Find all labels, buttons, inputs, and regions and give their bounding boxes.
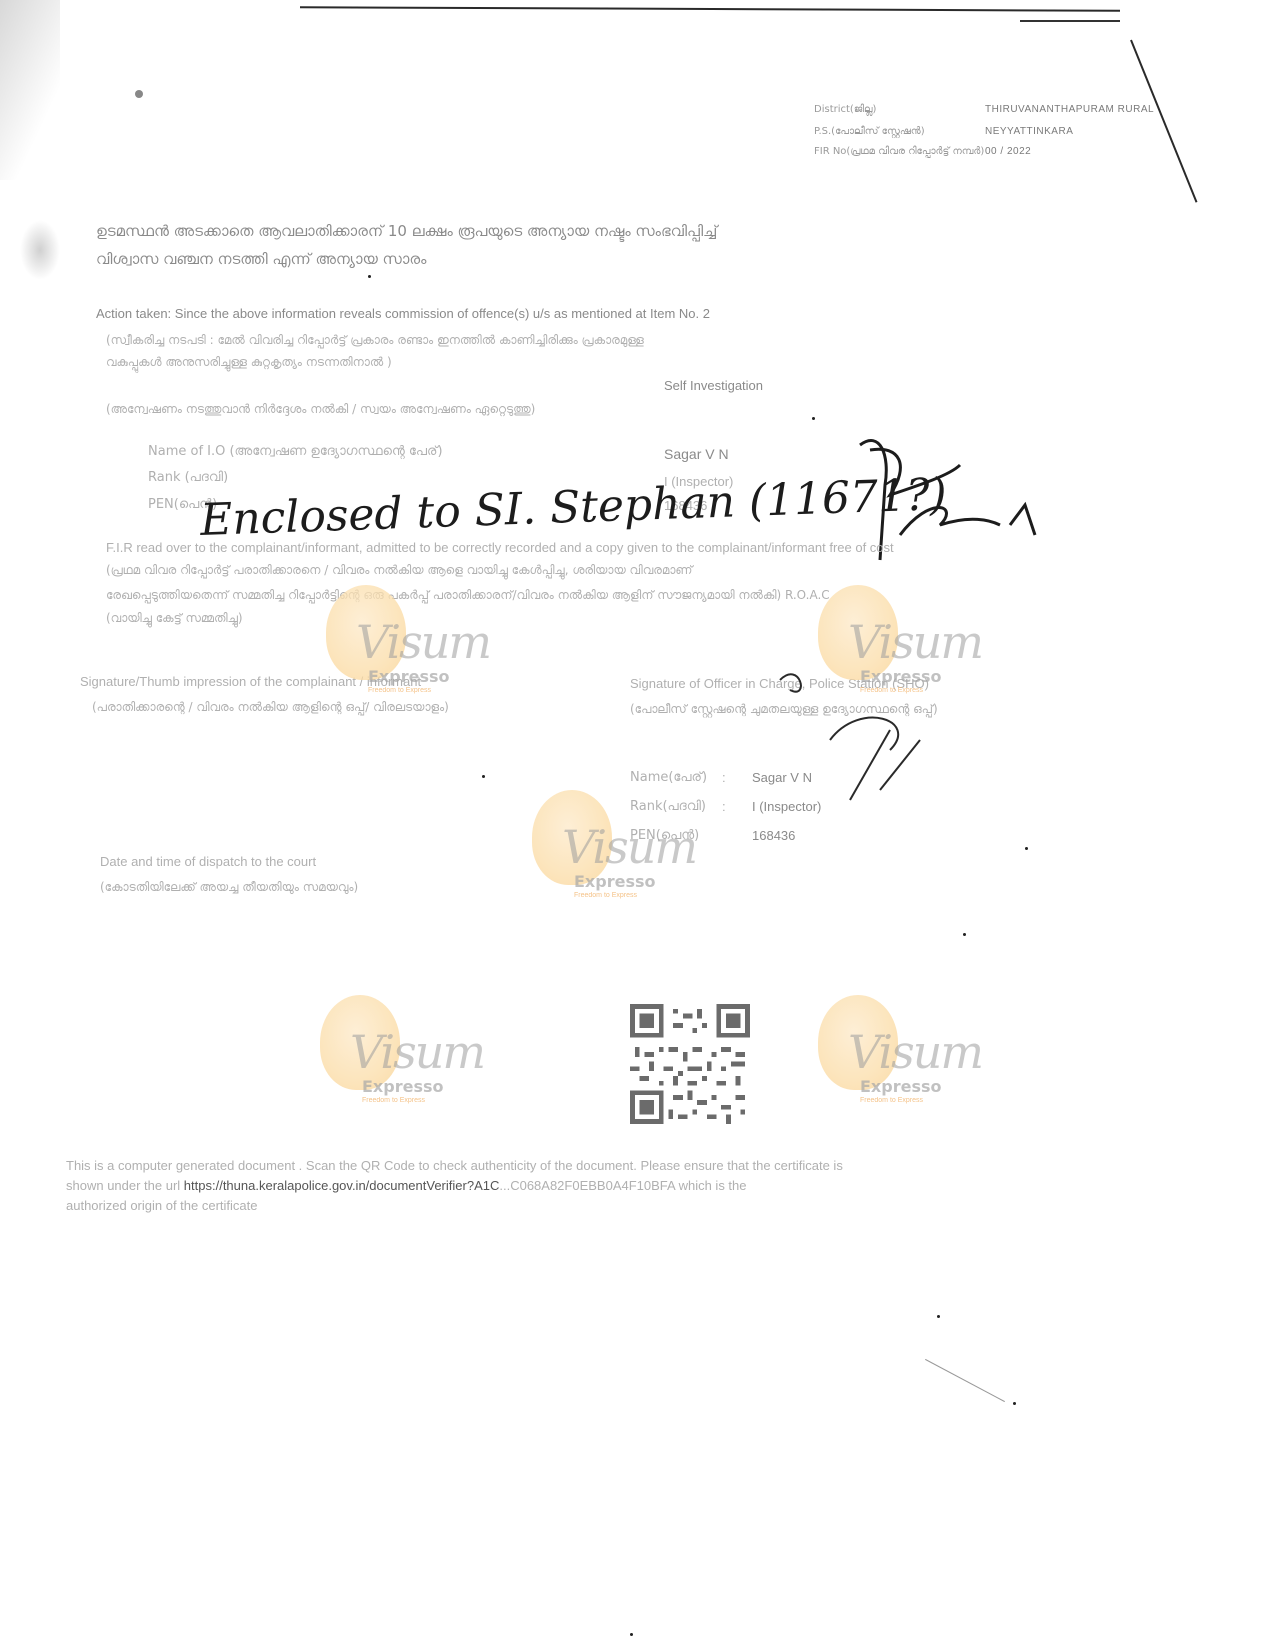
colon: : [722,799,726,814]
io-rank-label: Rank (പദവി) [148,470,228,485]
speck [812,417,815,420]
action-line-2: (സ്വീകരിച്ച നടപടി : മേൽ വിവരിച്ച റിപ്പോർ… [106,333,644,348]
police-station-value: NEYYATTINKARA [985,126,1073,137]
action-line-1: Action taken: Since the above informatio… [96,306,710,321]
watermark-logo: Visum Expresso Freedom to Express [316,585,466,715]
action-line-4: (അന്വേഷണം നടത്തുവാൻ നിർദ്ദേശം നൽകി / സ്വ… [106,402,535,417]
handwritten-endorsement: Enclosed to SI. Stephan (11671?) [199,469,947,546]
lightbulb-icon [320,995,400,1090]
complainant-signature-label-ml: (പരാതിക്കാരന്റെ / വിവരം നൽകിയ ആളിന്റെ ഒപ… [92,700,449,715]
watermark-logo: Visum Expresso Freedom to Express [808,995,958,1125]
dispatch-label-ml: (കോടതിയിലേക്ക് അയച്ച തീയതിയും സമയവും) [100,880,358,895]
footer-line-2: shown under the url https://thuna.kerala… [66,1178,747,1193]
page-corner-fold [0,0,60,180]
verification-code-tail: ...C068A82F0EBB0A4F10BFA [499,1178,675,1193]
speck [630,1633,633,1636]
io-name-label: Name of I.O (അന്വേഷണ ഉദ്യോഗസ്ഥന്റെ പേര്) [148,444,443,459]
readover-line-2: (പ്രഥമ വിവര റിപ്പോർട്ട് പരാതിക്കാരനെ / വ… [106,563,692,578]
officer-signature [770,660,970,810]
summary-line-2: വിശ്വാസ വഞ്ചന നടത്തി എന്ന് അന്യായ സാരം [96,250,426,268]
lightbulb-icon [532,790,612,885]
speck [368,275,371,278]
district-label: District(ജില്ല) [814,104,876,115]
readover-line-4: (വായിച്ചു കേട്ട് സമ്മതിച്ചു) [106,611,243,626]
scan-shadow [20,220,60,280]
colon: : [722,770,726,785]
readover-line-3: രേഖപ്പെടുത്തിയതെന്ന് സമ്മതിച്ച റിപ്പോർട്… [106,588,830,603]
watermark-logo: Visum Expresso Freedom to Express [310,995,460,1125]
officer-name-label: Name(പേര്) [630,770,707,785]
verification-url-link[interactable]: https://thuna.keralapolice.gov.in/docume… [184,1178,500,1193]
complainant-signature-label: Signature/Thumb impression of the compla… [80,674,421,689]
dispatch-label: Date and time of dispatch to the court [100,854,316,869]
speck [963,933,966,936]
fir-number-label: FIR No(പ്രഥമ വിവര റിപ്പോർട്ട് നമ്പർ) [814,146,984,157]
speck [937,1315,940,1318]
qr-code-icon[interactable] [630,1004,750,1124]
speck [482,775,485,778]
io-name-value: Sagar V N [664,446,729,462]
officer-rank-label: Rank(പദവി) [630,799,706,814]
fir-number-value: 00 / 2022 [985,146,1031,157]
scan-fold-line [1130,40,1197,203]
police-station-label: P.S.(പോലീസ് സ്റ്റേഷൻ) [814,126,925,137]
footer-line-3: authorized origin of the certificate [66,1198,258,1213]
speck [135,90,143,98]
speck [1025,847,1028,850]
scan-smudge [925,1359,1005,1402]
officer-rank-value: I (Inspector) [752,799,821,814]
readover-line-1: F.I.R read over to the complainant/infor… [106,540,894,555]
investigation-mode: Self Investigation [664,378,763,393]
speck [1013,1402,1016,1405]
officer-pen-value: 168436 [752,828,795,843]
summary-line-1: ഉടമസ്ഥൻ അടക്കാതെ ആവലാതിക്കാരന് 10 ലക്ഷം … [96,222,717,240]
officer-pen-label: PEN(പെൻ) [630,828,699,843]
lightbulb-icon [818,995,898,1090]
action-line-3: വകുപ്പുകൾ അനുസരിച്ചുള്ള കുറ്റകൃത്യം നടന്… [106,355,392,370]
district-value: THIRUVANANTHAPURAM RURAL [985,104,1154,115]
officer-name-value: Sagar V N [752,770,812,785]
footer-line-1: This is a computer generated document . … [66,1158,843,1173]
scan-top-edge [300,6,1120,12]
